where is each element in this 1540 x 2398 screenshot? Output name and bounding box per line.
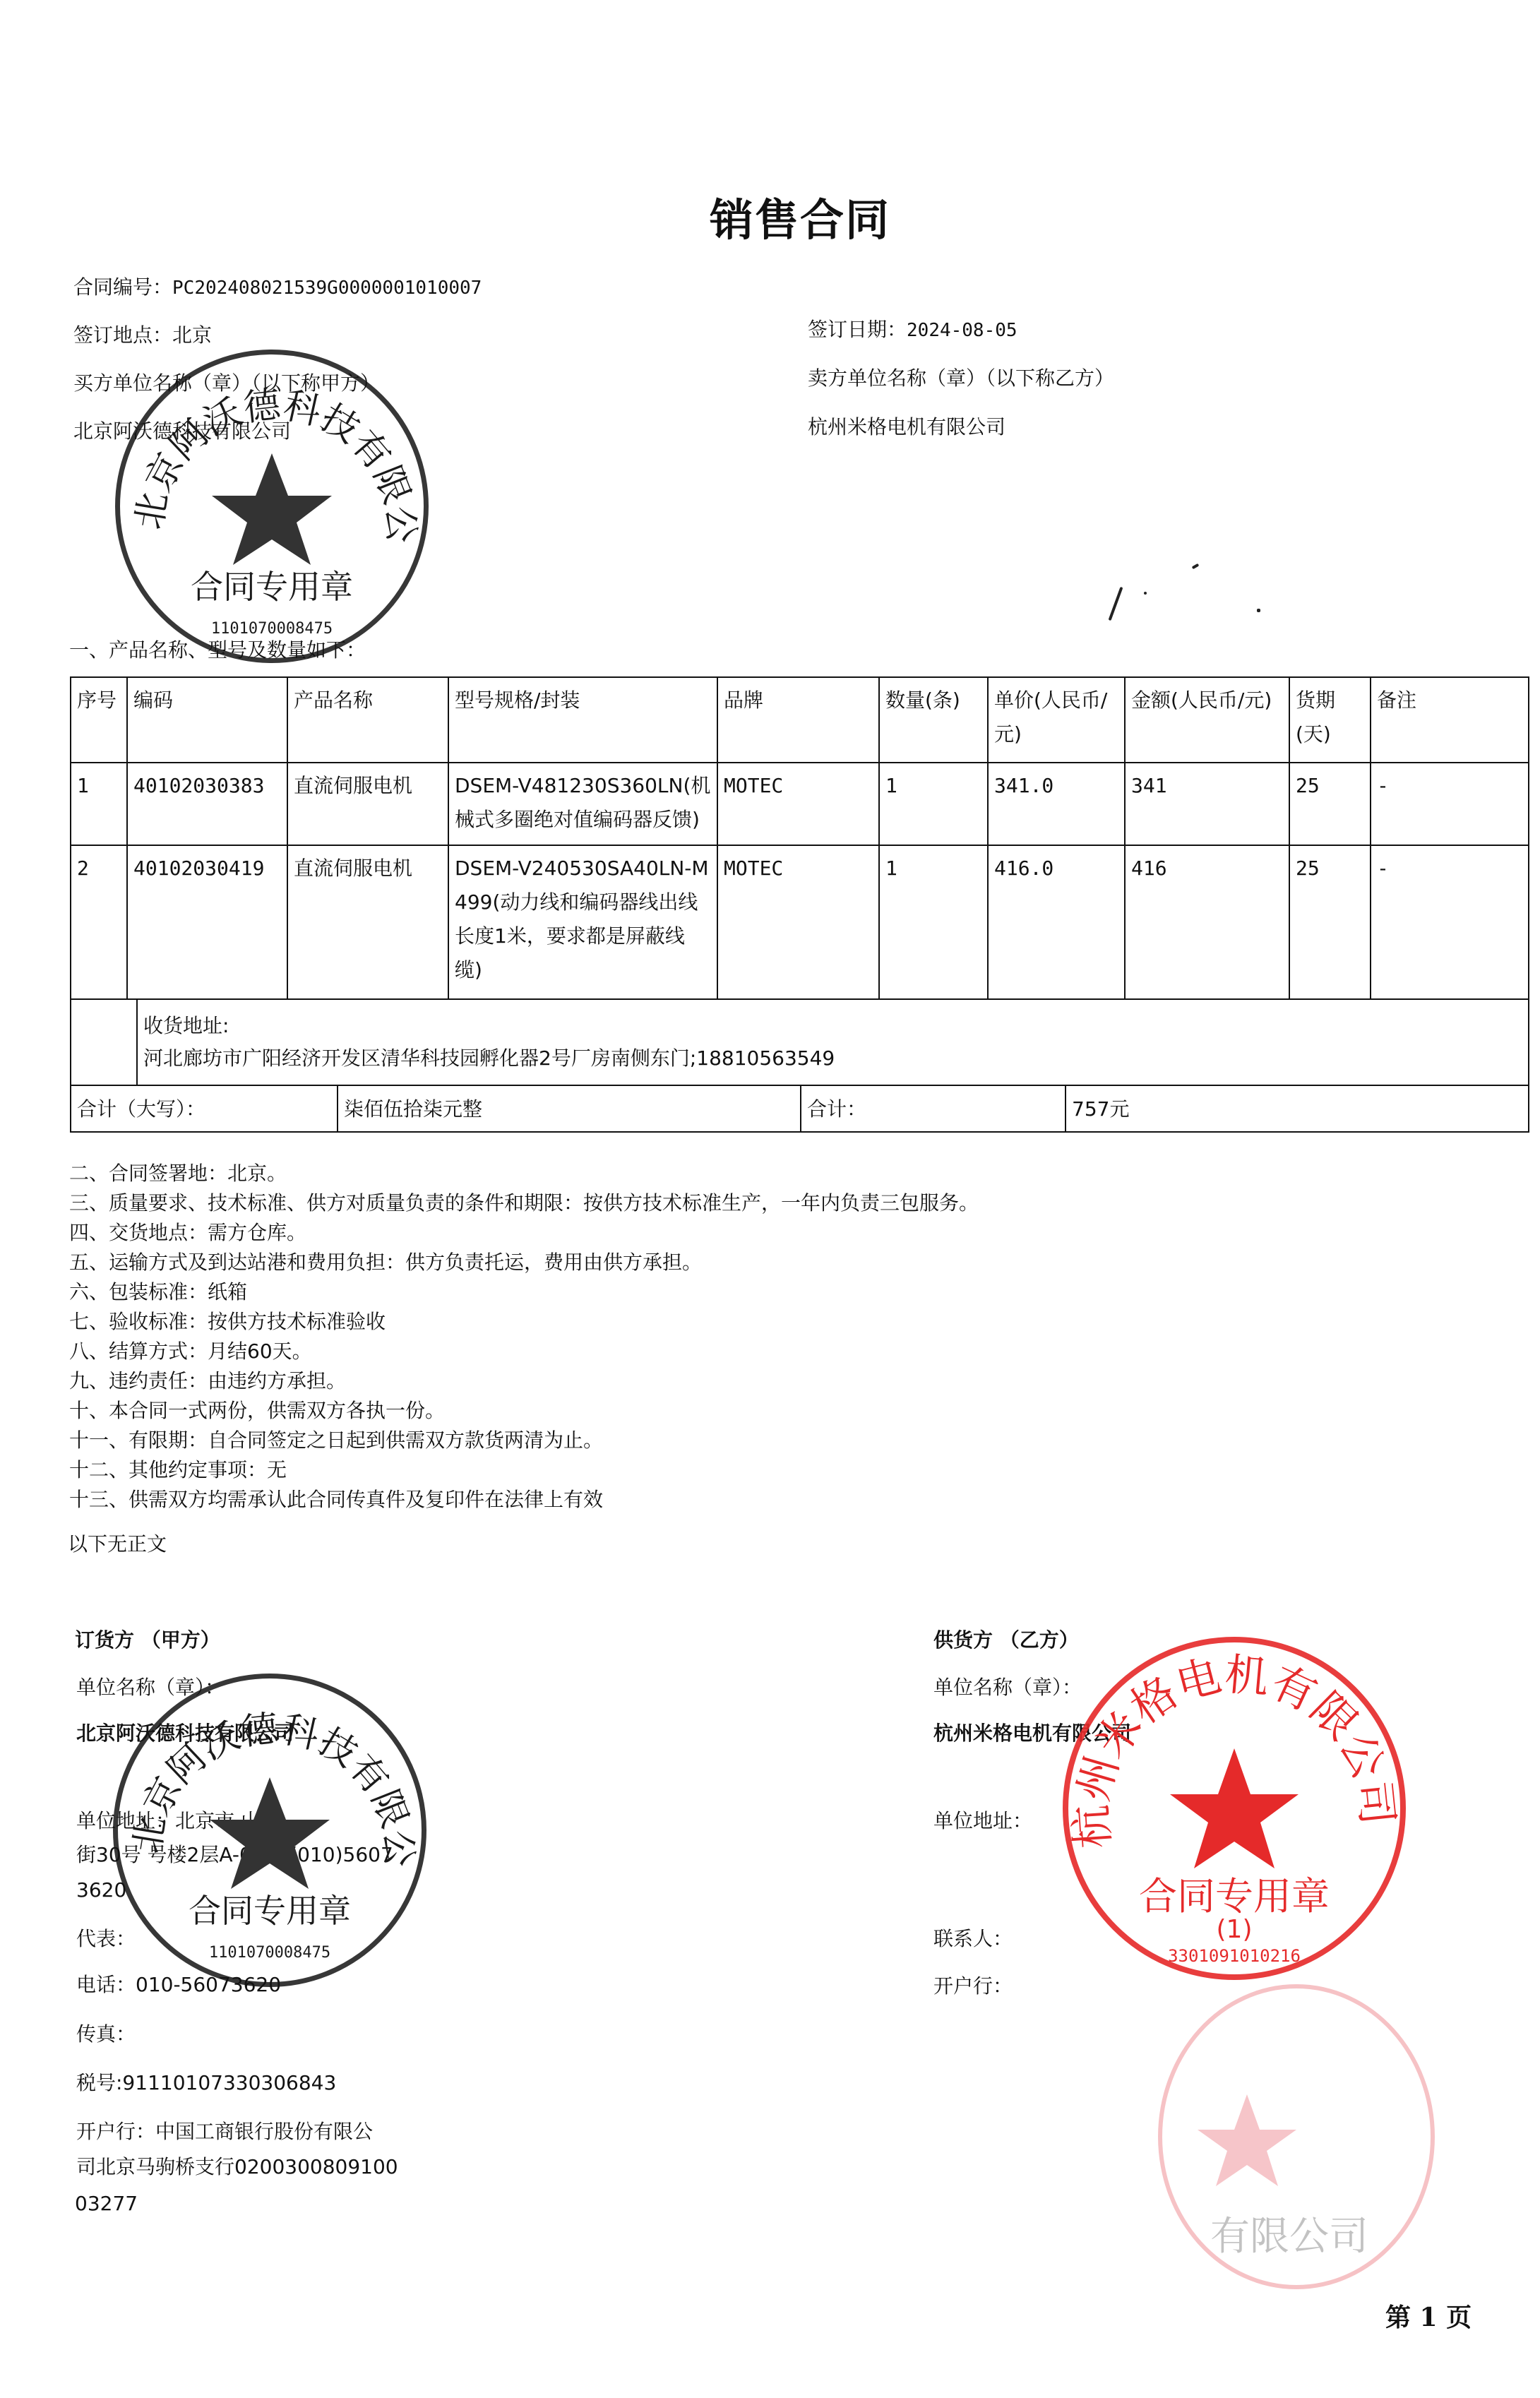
buyer-representative-label: 代表：	[76, 1927, 136, 1951]
term-item: 十、本合同一式两份，供需双方各执一份。	[69, 1395, 445, 1424]
faint-company-stamp: 有限公司	[1158, 1984, 1435, 2289]
header-unit-price: 单价(人民币/元)	[987, 676, 1126, 763]
stamp-graphic: 北京阿沃德科技有限公司 合同专用章 1101070008475	[120, 354, 424, 658]
scan-mark	[1257, 609, 1260, 612]
row1-remark: -	[1370, 762, 1529, 846]
header-brand: 品牌	[717, 676, 880, 763]
row2-lead-time: 25	[1289, 845, 1371, 1000]
total-upper-value: 柒佰伍拾柒元整	[337, 1085, 801, 1133]
term-item: 四、交货地点：需方仓库。	[69, 1217, 306, 1246]
sign-place-value: 北京	[172, 323, 212, 347]
sign-date-label: 签订日期：	[808, 318, 907, 341]
row2-seq: 2	[70, 845, 128, 1000]
term-item: 九、违约责任：由违约方承担。	[69, 1366, 346, 1394]
row1-code: 40102030383	[126, 762, 288, 846]
header-qty: 数量(条)	[878, 676, 989, 763]
term-item: 十三、供需双方均需承认此合同传真件及复印件在法律上有效	[69, 1484, 603, 1513]
buyer-phone: 电话：010-56073620	[76, 1973, 281, 1997]
row1-brand: MOTEC	[717, 762, 880, 846]
buyer-address-line2: 街30号 号楼2层A-0773(010)5607	[76, 1843, 393, 1867]
sign-place: 签订地点：北京	[73, 323, 212, 347]
stamp-number: (1)	[1217, 1915, 1253, 1944]
buyer-bank-line3: 03277	[75, 2192, 138, 2216]
term-item: 二、合同签署地：北京。	[69, 1158, 287, 1186]
total-label: 合计：	[800, 1085, 1066, 1133]
buyer-fax-label: 传真：	[76, 2022, 136, 2046]
star-icon	[210, 1777, 330, 1889]
buyer-label: 买方单位名称（章）（以下称甲方）	[73, 371, 380, 395]
stamp-arc-text: 有限公司	[1210, 2214, 1368, 2260]
contract-number-value: PC202408021539G0000001010007	[172, 278, 482, 299]
row2-amount: 416	[1124, 845, 1290, 1000]
seller-contact-label: 联系人：	[933, 1927, 1013, 1951]
row2-product-name: 直流伺服电机	[287, 845, 449, 1000]
seller-bank-label: 开户行：	[933, 1974, 1013, 1998]
buyer-company-stamp-top: 北京阿沃德科技有限公司 合同专用章 1101070008475	[115, 350, 429, 663]
row2-brand: MOTEC	[717, 845, 880, 1000]
buyer-name: 北京阿沃德科技有限公司	[73, 419, 291, 443]
row2-unit-price: 416.0	[987, 845, 1126, 1000]
scan-mark	[1109, 587, 1123, 621]
term-item: 八、结算方式：月结60天。	[69, 1336, 312, 1364]
seller-name: 杭州米格电机有限公司	[808, 415, 1005, 439]
sign-date: 签订日期：2024-08-05	[808, 318, 1017, 342]
term-item: 六、包装标准：纸箱	[69, 1277, 247, 1305]
row1-amount: 341	[1124, 762, 1290, 846]
term-item: 七、验收标准：按供方技术标准验收	[69, 1306, 386, 1335]
buyer-company: 北京阿沃德科技有限公司	[76, 1722, 294, 1746]
term-item: 十一、有限期：自合同签定之日起到供需双方款货两清为止。	[69, 1425, 603, 1453]
delivery-address-cell: 收货地址: 河北廊坊市广阳经济开发区清华科技园孵化器2号厂房南侧东门;18810…	[136, 998, 1529, 1086]
term-item: 十二、其他约定事项：无	[69, 1455, 287, 1483]
term-item: 三、质量要求、技术标准、供方对质量负责的条件和期限：按供方技术标准生产，一年内负…	[69, 1188, 979, 1216]
buyer-bank-line2: 司北京马驹桥支行0200300809100	[76, 2155, 398, 2179]
row2-remark: -	[1370, 845, 1529, 1000]
delivery-address-value: 河北廊坊市广阳经济开发区清华科技园孵化器2号厂房南侧东门;18810563549	[143, 1042, 1522, 1075]
section1-heading: 一、产品名称、型号及数量如下：	[69, 638, 366, 662]
stamp-graphic: 杭州米格电机有限公司 合同专用章 (1) 3301091010216	[1068, 1642, 1400, 1974]
stamp-sub-text: 合同专用章	[1139, 1874, 1330, 1919]
total-upper-label: 合计（大写）：	[70, 1085, 338, 1133]
seller-address-label: 单位地址：	[933, 1809, 1032, 1833]
buyer-address-line1: 单位地址：北京市 山区	[76, 1809, 280, 1833]
seller-company-stamp: 杭州米格电机有限公司 合同专用章 (1) 3301091010216	[1063, 1637, 1406, 1980]
delivery-address-label: 收货地址:	[143, 1010, 1522, 1042]
address-spacer	[70, 998, 138, 1086]
seller-unit-name-label: 单位名称（章）：	[933, 1676, 1082, 1700]
row2-code: 40102030419	[126, 845, 288, 1000]
header-code: 编码	[126, 676, 288, 763]
buyer-unit-name-label: 单位名称（章）：	[76, 1676, 225, 1700]
page-number: 第 1 页	[1385, 2298, 1472, 2334]
seller-heading: 供货方 （乙方）	[933, 1628, 1079, 1652]
star-icon	[212, 453, 332, 565]
buyer-heading: 订货方 （甲方）	[75, 1628, 220, 1652]
header-seq: 序号	[70, 676, 128, 763]
svg-text:杭州米格电机有限公司: 杭州米格电机有限公司	[1065, 1648, 1403, 1850]
row1-model: DSEM-V481230S360LN(机械式多圈绝对值编码器反馈)	[448, 762, 718, 846]
header-remark: 备注	[1370, 676, 1529, 763]
row1-unit-price: 341.0	[987, 762, 1126, 846]
row1-seq: 1	[70, 762, 128, 846]
stamp-code: 1101070008475	[211, 620, 333, 638]
row1-qty: 1	[878, 762, 989, 846]
document-title: 销售合同	[710, 185, 890, 248]
row1-product-name: 直流伺服电机	[287, 762, 449, 846]
scan-mark	[1144, 592, 1147, 595]
star-icon	[1198, 2094, 1296, 2186]
header-model: 型号规格/封装	[448, 676, 718, 763]
buyer-bank-line1: 开户行：中国工商银行股份有限公	[76, 2120, 373, 2144]
star-icon	[1170, 1748, 1299, 1868]
stamp-sub-text: 合同专用章	[189, 1892, 351, 1930]
row2-model: DSEM-V240530SA40LN-M499(动力线和编码器线出线长度1米，要…	[448, 845, 718, 1000]
stamp-code: 3301091010216	[1168, 1946, 1301, 1966]
buyer-address-line3: 3620	[76, 1878, 126, 1902]
stamp-arc-text: 杭州米格电机有限公司	[1065, 1648, 1403, 1850]
header-lead-time: 货期(天)	[1289, 676, 1371, 763]
seller-company: 杭州米格电机有限公司	[933, 1722, 1131, 1746]
stamp-code: 1101070008475	[209, 1944, 330, 1962]
row2-qty: 1	[878, 845, 989, 1000]
stamp-graphic: 有限公司	[1162, 1988, 1431, 2285]
total-value: 757元	[1065, 1085, 1529, 1133]
header-amount: 金额(人民币/元)	[1124, 676, 1290, 763]
buyer-tax-number: 税号:91110107330306843	[76, 2071, 336, 2095]
term-item: 五、运输方式及到达站港和费用负担：供方负责托运，费用由供方承担。	[69, 1247, 702, 1275]
sign-place-label: 签订地点：	[73, 323, 172, 347]
scan-mark	[1192, 563, 1200, 569]
seller-label: 卖方单位名称（章）（以下称乙方）	[808, 366, 1114, 390]
contract-number-label: 合同编号：	[73, 275, 172, 299]
contract-number: 合同编号：PC202408021539G0000001010007	[73, 275, 482, 300]
end-note: 以下无正文	[68, 1532, 167, 1556]
stamp-sub-text: 合同专用章	[191, 568, 353, 606]
sign-date-value: 2024-08-05	[907, 320, 1017, 341]
row1-lead-time: 25	[1289, 762, 1371, 846]
header-product-name: 产品名称	[287, 676, 449, 763]
